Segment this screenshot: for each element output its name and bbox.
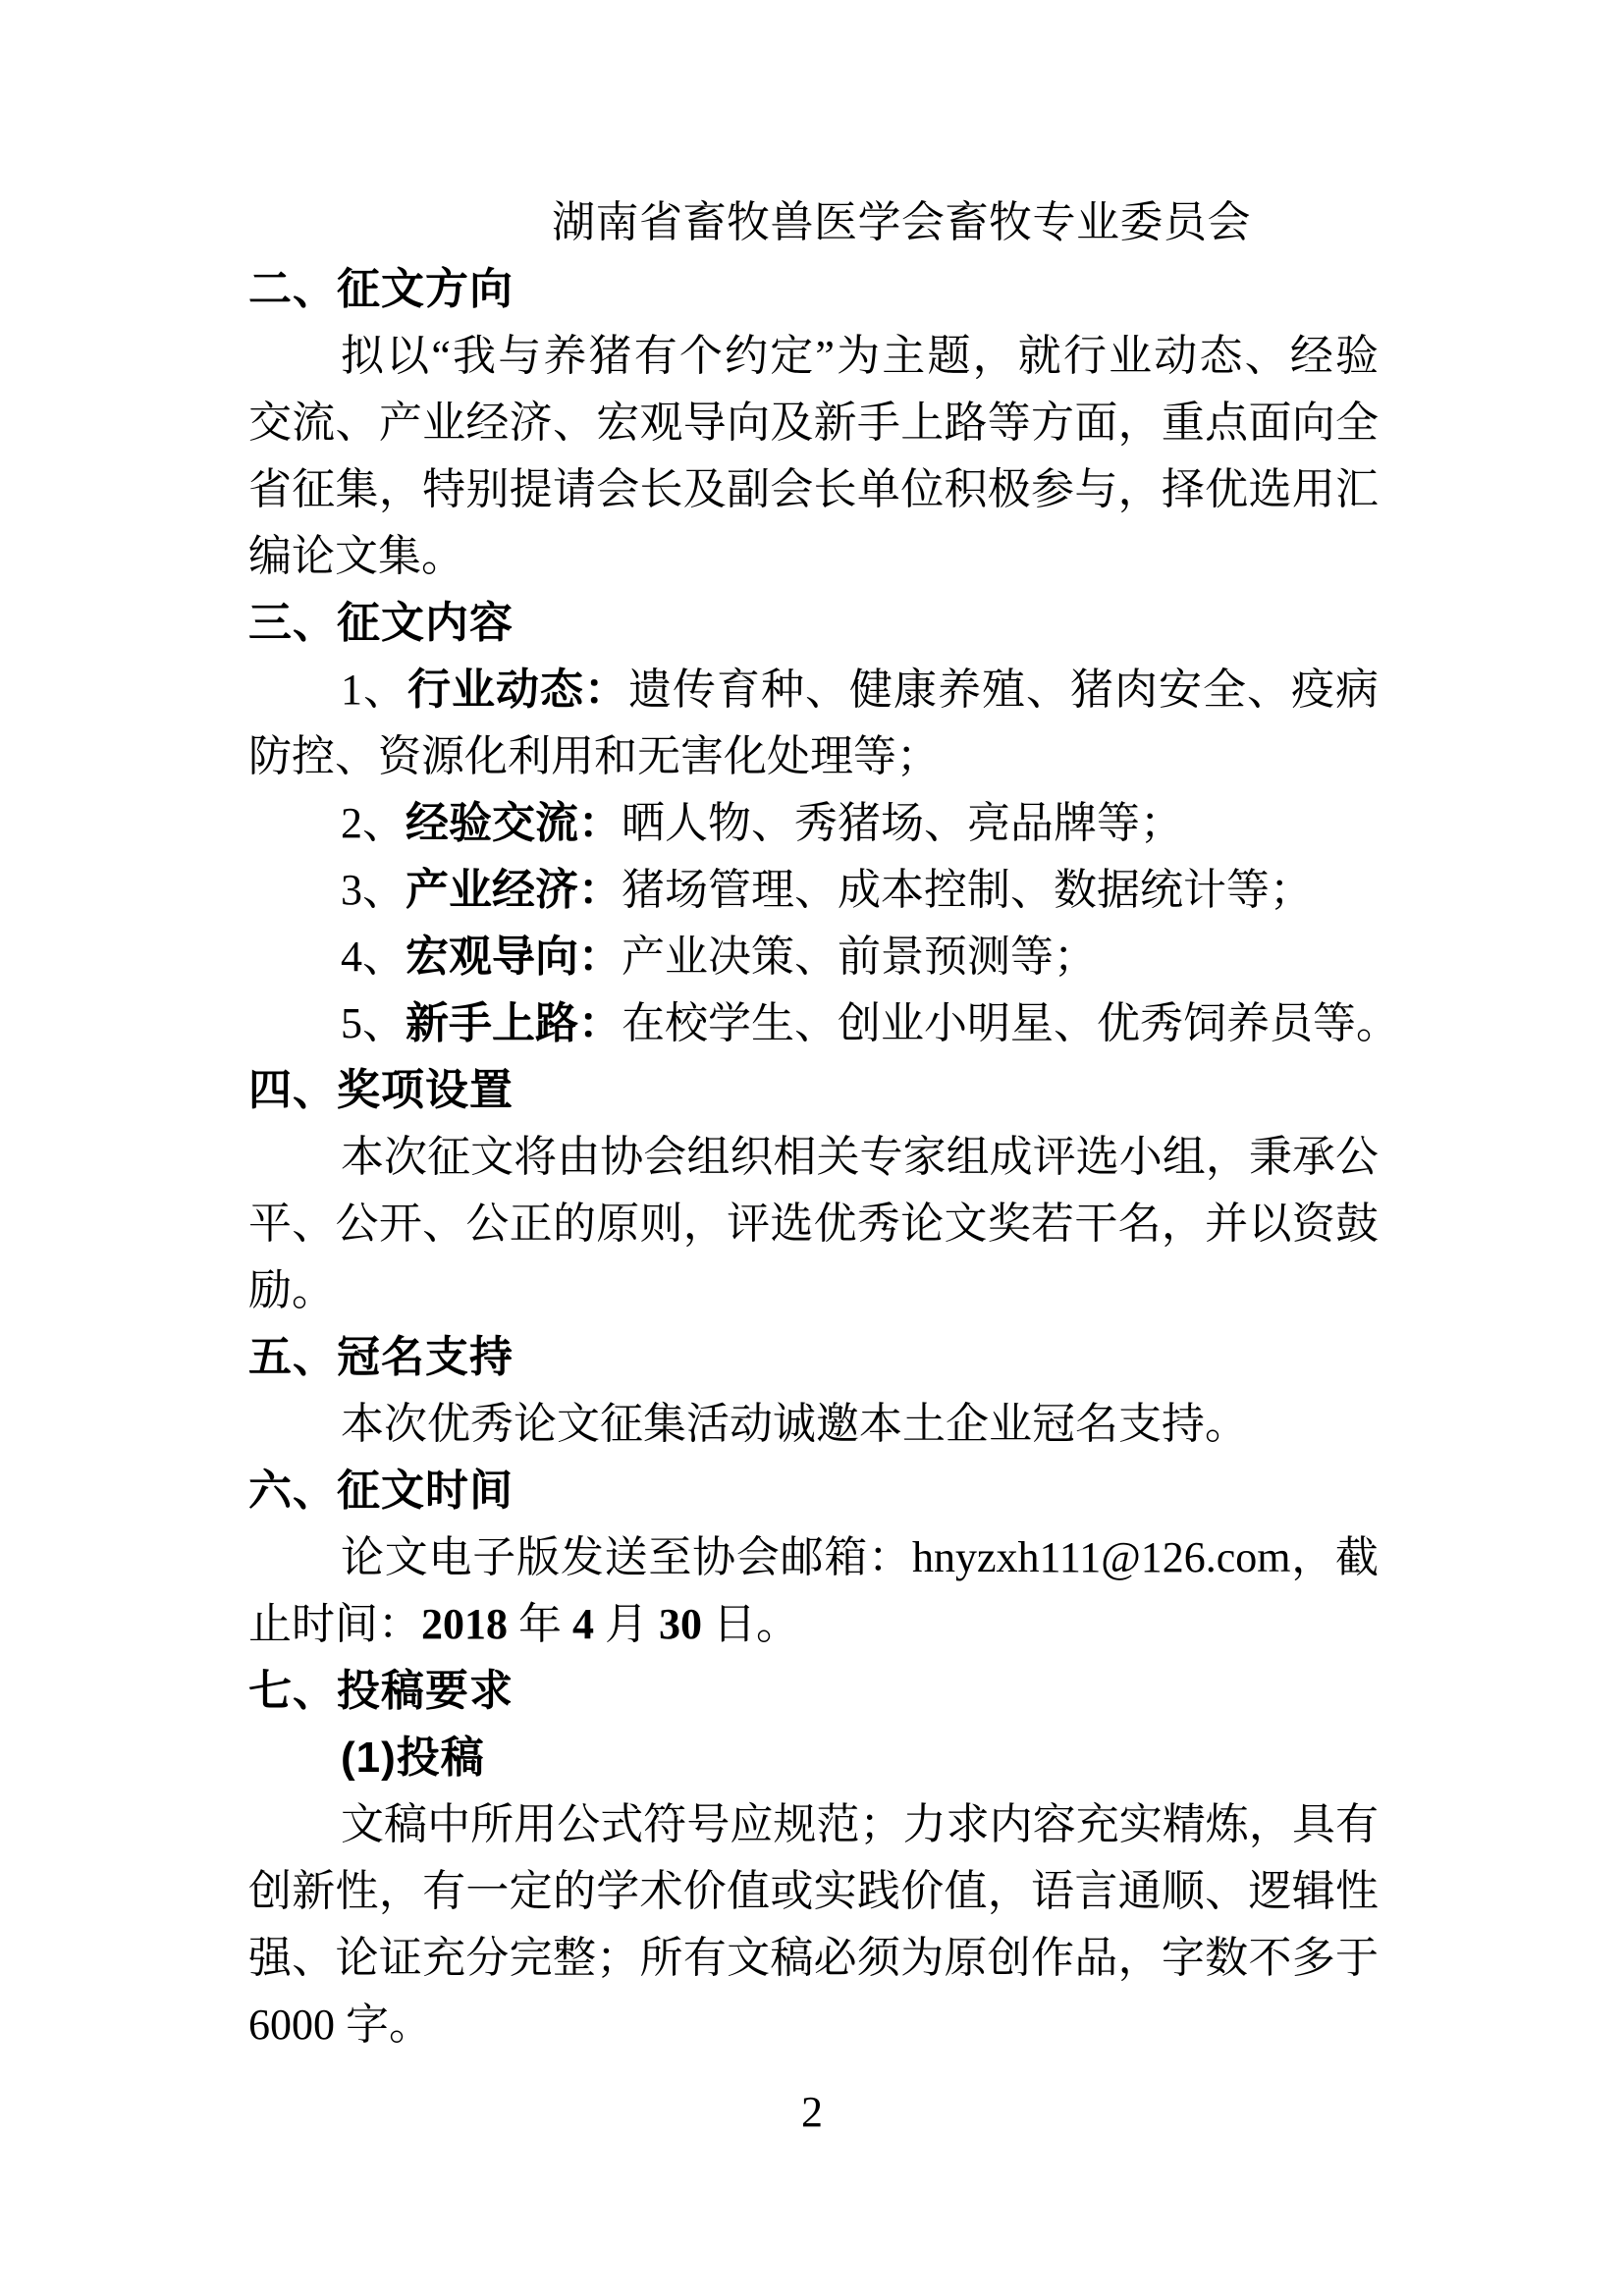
paragraph-line: 6000 字。 bbox=[248, 1992, 1379, 2058]
paragraph-line: 编论文集。 bbox=[248, 523, 1379, 590]
attribution-line: 湖南省畜牧兽医学会畜牧专业委员会 bbox=[552, 189, 1379, 256]
section-heading-2: 二、征文方向 bbox=[248, 256, 1379, 323]
item-text: 遗传育种、健康养殖、猪肉安全、疫病 bbox=[628, 666, 1379, 714]
paragraph-line: 止时间：2018 年 4 月 30 日。 bbox=[248, 1591, 1379, 1658]
item-label: 宏观导向： bbox=[406, 933, 622, 981]
item-label: 产业经济： bbox=[406, 866, 622, 914]
deadline-month: 4 bbox=[572, 1600, 594, 1648]
section-heading-6: 六、征文时间 bbox=[248, 1458, 1379, 1524]
item-number: 4、 bbox=[341, 933, 406, 981]
list-item-line: 4、宏观导向：产业决策、前景预测等； bbox=[248, 924, 1379, 990]
paragraph-line: 拟以“我与养猪有个约定”为主题，就行业动态、经验 bbox=[248, 323, 1379, 390]
item-number: 1、 bbox=[341, 666, 407, 714]
item-label: 新手上路： bbox=[406, 999, 622, 1047]
paragraph-line: 论文电子版发送至协会邮箱：hnyzxh111@126.com，截 bbox=[248, 1524, 1379, 1591]
item-text: 晒人物、秀猪场、亮品牌等； bbox=[622, 799, 1183, 847]
paragraph-line: 创新性，有一定的学术价值或实践价值，语言通顺、逻辑性 bbox=[248, 1858, 1379, 1925]
email-intro-text: 论文电子版发送至协会邮箱： bbox=[341, 1533, 912, 1581]
item-number: 2、 bbox=[341, 799, 406, 847]
item-label: 行业动态： bbox=[407, 666, 628, 714]
list-item-line: 2、经验交流：晒人物、秀猪场、亮品牌等； bbox=[248, 790, 1379, 857]
paragraph-line: 文稿中所用公式符号应规范；力求内容充实精炼，具有 bbox=[248, 1791, 1379, 1858]
paragraph-line: 本次征文将由协会组织相关专家组成评选小组，秉承公 bbox=[248, 1124, 1379, 1191]
section-heading-3: 三、征文内容 bbox=[248, 590, 1379, 657]
subsection-heading: (1)投稿 bbox=[248, 1725, 1379, 1791]
section-heading-4: 四、奖项设置 bbox=[248, 1057, 1379, 1124]
section-heading-7: 七、投稿要求 bbox=[248, 1658, 1379, 1725]
deadline-year: 2018 bbox=[421, 1600, 508, 1648]
item-text: 在校学生、创业小明星、优秀饲养员等。 bbox=[622, 999, 1399, 1047]
deadline-label: 止时间： bbox=[248, 1600, 421, 1648]
list-item-line: 1、行业动态：遗传育种、健康养殖、猪肉安全、疫病 bbox=[248, 657, 1379, 723]
paragraph-line: 强、论证充分完整；所有文稿必须为原创作品，字数不多于 bbox=[248, 1925, 1379, 1992]
list-item-line: 防控、资源化利用和无害化处理等； bbox=[248, 723, 1379, 790]
deadline-day: 30 bbox=[659, 1600, 702, 1648]
paragraph-line: 本次优秀论文征集活动诚邀本土企业冠名支持。 bbox=[248, 1391, 1379, 1458]
email-post-text: ，截 bbox=[1290, 1533, 1379, 1581]
paragraph-line: 省征集，特别提请会长及副会长单位积极参与，择优选用汇 bbox=[248, 456, 1379, 523]
paragraph-line: 平、公开、公正的原则，评选优秀论文奖若干名，并以资鼓 bbox=[248, 1191, 1379, 1257]
deadline-sep: 年 bbox=[508, 1600, 572, 1648]
page-number: 2 bbox=[0, 2085, 1624, 2140]
item-text: 猪场管理、成本控制、数据统计等； bbox=[622, 866, 1313, 914]
item-text: 产业决策、前景预测等； bbox=[622, 933, 1097, 981]
document-page: 湖南省畜牧兽医学会畜牧专业委员会 二、征文方向 拟以“我与养猪有个约定”为主题，… bbox=[0, 0, 1624, 2296]
section-heading-5: 五、冠名支持 bbox=[248, 1324, 1379, 1391]
deadline-sep: 月 bbox=[594, 1600, 659, 1648]
list-item-line: 5、新手上路：在校学生、创业小明星、优秀饲养员等。 bbox=[248, 990, 1379, 1057]
item-number: 5、 bbox=[341, 999, 406, 1047]
email-address: hnyzxh111@126.com bbox=[912, 1533, 1291, 1581]
list-item-line: 3、产业经济：猪场管理、成本控制、数据统计等； bbox=[248, 857, 1379, 924]
paragraph-line: 励。 bbox=[248, 1257, 1379, 1324]
paragraph-line: 交流、产业经济、宏观导向及新手上路等方面，重点面向全 bbox=[248, 390, 1379, 456]
document-body: 湖南省畜牧兽医学会畜牧专业委员会 二、征文方向 拟以“我与养猪有个约定”为主题，… bbox=[248, 189, 1379, 2058]
item-number: 3、 bbox=[341, 866, 406, 914]
deadline-suffix: 日。 bbox=[702, 1600, 799, 1648]
item-label: 经验交流： bbox=[406, 799, 622, 847]
